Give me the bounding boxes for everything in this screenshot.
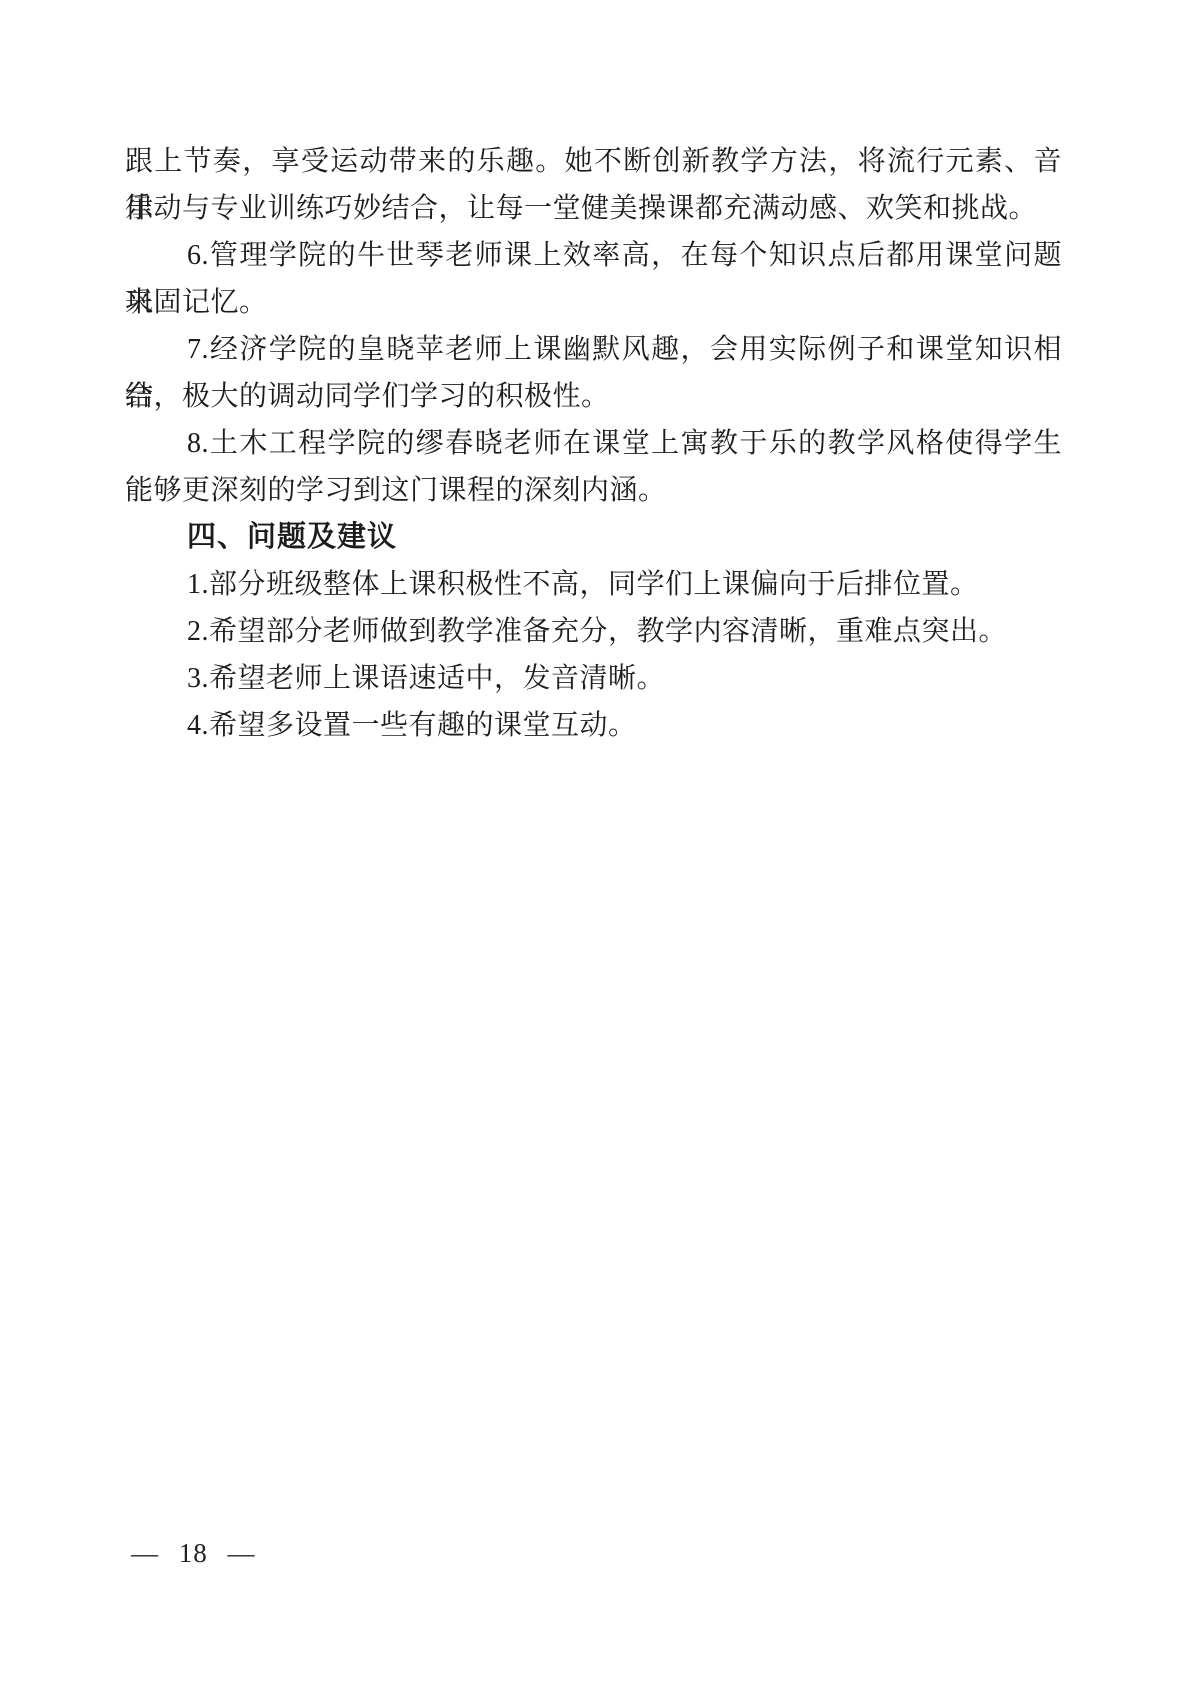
text-line: 巩固记忆。 [125, 279, 1062, 326]
text-line: 3.希望老师上课语速适中，发音清晰。 [125, 655, 1062, 702]
section-heading: 四、问题及建议 [125, 514, 1062, 561]
text-line: 4.希望多设置一些有趣的课堂互动。 [125, 702, 1062, 749]
text-block: 跟上节奏，享受运动带来的乐趣。她不断创新教学方法，将流行元素、音乐律动与专业训练… [125, 138, 1062, 749]
text-line: 跟上节奏，享受运动带来的乐趣。她不断创新教学方法，将流行元素、音乐 [125, 138, 1062, 185]
text-line: 1.部分班级整体上课积极性不高，同学们上课偏向于后排位置。 [125, 561, 1062, 608]
page-number: — 18 — [131, 1530, 256, 1577]
text-line: 7.经济学院的皇晓苹老师上课幽默风趣，会用实际例子和课堂知识相结 [125, 326, 1062, 373]
text-line: 律动与专业训练巧妙结合，让每一堂健美操课都充满动感、欢笑和挑战。 [125, 185, 1062, 232]
document-page: 跟上节奏，享受运动带来的乐趣。她不断创新教学方法，将流行元素、音乐律动与专业训练… [0, 0, 1191, 1684]
text-line: 6.管理学院的牛世琴老师课上效率高，在每个知识点后都用课堂问题来 [125, 232, 1062, 279]
text-line: 2.希望部分老师做到教学准备充分，教学内容清晰，重难点突出。 [125, 608, 1062, 655]
text-line: 合，极大的调动同学们学习的积极性。 [125, 373, 1062, 420]
text-line: 能够更深刻的学习到这门课程的深刻内涵。 [125, 467, 1062, 514]
text-line: 8.土木工程学院的缪春晓老师在课堂上寓教于乐的教学风格使得学生 [125, 420, 1062, 467]
